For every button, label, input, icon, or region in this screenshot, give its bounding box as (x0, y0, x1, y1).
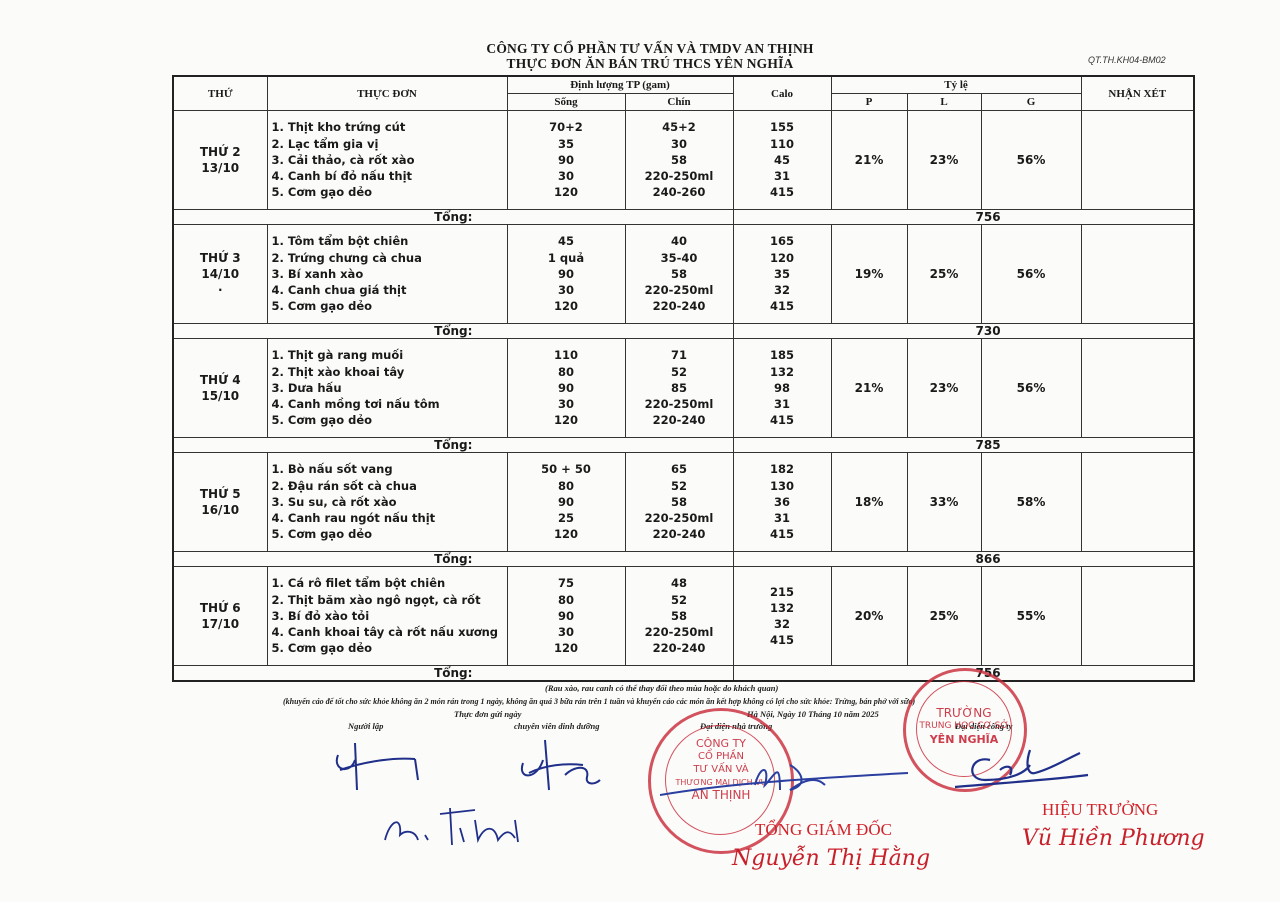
total-row: Tổng:866 (173, 552, 1194, 567)
cooked-cell: 485258220-250ml220-240 (625, 567, 733, 666)
header-calo: Calo (733, 76, 831, 111)
total-label: Tổng: (173, 438, 733, 453)
g-cell: 56% (981, 225, 1081, 324)
day-cell: THỨ 516/10 (173, 453, 267, 552)
raw-cell: 50 + 50809025120 (507, 453, 625, 552)
raw-cell: 110809030120 (507, 339, 625, 438)
header-quantity: Định lượng TP (gam) (507, 76, 733, 94)
comment-cell (1081, 339, 1194, 438)
header-cooked: Chín (625, 94, 733, 111)
header-day: THỨ (173, 76, 267, 111)
principal-title: HIỆU TRƯỞNG (1042, 800, 1158, 820)
dishes-cell: 1. Tôm tẩm bột chiên2. Trứng chưng cà ch… (267, 225, 507, 324)
calo-cell: 1551104531415 (733, 111, 831, 210)
g-cell: 56% (981, 111, 1081, 210)
nutritionist-label: chuyên viên dinh dưỡng (514, 721, 599, 731)
day-row: THỨ 516/101. Bò nấu sốt vang2. Đậu rán s… (173, 453, 1194, 552)
l-cell: 25% (907, 567, 981, 666)
total-value: 756 (733, 210, 1194, 225)
raw-cell: 75809030120 (507, 567, 625, 666)
note-health: (khuyến cáo để tốt cho sức khỏe không ăn… (283, 697, 915, 706)
cooked-cell: 655258220-250ml220-240 (625, 453, 733, 552)
p-cell: 21% (831, 339, 907, 438)
dishes-cell: 1. Cá rô filet tẩm bột chiên2. Thịt băm … (267, 567, 507, 666)
dishes-cell: 1. Thịt gà rang muối2. Thịt xào khoai tâ… (267, 339, 507, 438)
total-row: Tổng:756 (173, 666, 1194, 682)
p-cell: 18% (831, 453, 907, 552)
day-row: THỨ 213/101. Thịt kho trứng cút2. Lạc tẩ… (173, 111, 1194, 210)
director-name: Nguyễn Thị Hằng (732, 846, 930, 871)
company-name: CÔNG TY CỔ PHẦN TƯ VẤN VÀ TMDV AN THỊNH (400, 41, 900, 57)
total-row: Tổng:730 (173, 324, 1194, 339)
day-row: THỨ 314/10·1. Tôm tẩm bột chiên2. Trứng … (173, 225, 1194, 324)
preparer-signature-icon (330, 735, 430, 795)
p-cell: 20% (831, 567, 907, 666)
dishes-cell: 1. Bò nấu sốt vang2. Đậu rán sốt cà chua… (267, 453, 507, 552)
p-cell: 19% (831, 225, 907, 324)
header-comment: NHẬN XÉT (1081, 76, 1194, 111)
total-row: Tổng:785 (173, 438, 1194, 453)
calo-cell: 1821303631415 (733, 453, 831, 552)
sent-date-label: Thực đơn gửi ngày (454, 709, 521, 719)
cooked-cell: 715285220-250ml220-240 (625, 339, 733, 438)
raw-cell: 451 quả9030120 (507, 225, 625, 324)
g-cell: 58% (981, 453, 1081, 552)
calo-cell: 1851329831415 (733, 339, 831, 438)
director-signature-icon (660, 755, 910, 805)
cooked-cell: 4035-4058220-250ml220-240 (625, 225, 733, 324)
cooked-cell: 45+23058220-250ml240-260 (625, 111, 733, 210)
principal-name: Vũ Hiền Phương (1022, 826, 1205, 851)
l-cell: 23% (907, 111, 981, 210)
total-row: Tổng:756 (173, 210, 1194, 225)
principal-signature-icon (950, 745, 1090, 790)
header-raw: Sống (507, 94, 625, 111)
form-code: QT.TH.KH04-BM02 (1088, 55, 1166, 65)
l-cell: 23% (907, 339, 981, 438)
note-seasonal: (Rau xào, rau canh có thể thay đổi theo … (545, 683, 778, 693)
l-cell: 25% (907, 225, 981, 324)
comment-cell (1081, 111, 1194, 210)
comment-cell (1081, 225, 1194, 324)
menu-table: THỨ THỰC ĐƠN Định lượng TP (gam) Calo Tỷ… (172, 75, 1195, 682)
total-label: Tổng: (173, 324, 733, 339)
director-title: TỔNG GIÁM ĐỐC (755, 820, 892, 840)
calo-cell: 1651203532415 (733, 225, 831, 324)
total-label: Tổng: (173, 552, 733, 567)
document-title: THỰC ĐƠN ĂN BÁN TRÚ THCS YÊN NGHĨA (400, 56, 900, 72)
calo-cell: 21513232415 (733, 567, 831, 666)
total-value: 785 (733, 438, 1194, 453)
header-l: L (907, 94, 981, 111)
header-ratio: Tỷ lệ (831, 76, 1081, 94)
dishes-cell: 1. Thịt kho trứng cút2. Lạc tẩm gia vị3.… (267, 111, 507, 210)
school-stamp-lines: TRƯỜNG TRUNG HỌC CƠ SỞ YÊN NGHĨA (914, 707, 1014, 746)
preparer-label: Người lập (348, 721, 383, 731)
total-value: 730 (733, 324, 1194, 339)
header-g: G (981, 94, 1081, 111)
preparer-name-signature-icon (380, 800, 540, 850)
comment-cell (1081, 567, 1194, 666)
total-label: Tổng: (173, 666, 733, 682)
header-menu: THỰC ĐƠN (267, 76, 507, 111)
place-date: Hà Nội, Ngày 10 Tháng 10 năm 2025 (747, 709, 879, 719)
day-cell: THỨ 314/10· (173, 225, 267, 324)
day-cell: THỨ 213/10 (173, 111, 267, 210)
day-row: THỨ 415/101. Thịt gà rang muối2. Thịt xà… (173, 339, 1194, 438)
header-p: P (831, 94, 907, 111)
day-row: THỨ 617/101. Cá rô filet tẩm bột chiên2.… (173, 567, 1194, 666)
day-cell: THỨ 415/10 (173, 339, 267, 438)
day-cell: THỨ 617/10 (173, 567, 267, 666)
p-cell: 21% (831, 111, 907, 210)
raw-cell: 70+2359030120 (507, 111, 625, 210)
g-cell: 56% (981, 339, 1081, 438)
total-label: Tổng: (173, 210, 733, 225)
nutritionist-signature-icon (515, 735, 615, 795)
g-cell: 55% (981, 567, 1081, 666)
comment-cell (1081, 453, 1194, 552)
l-cell: 33% (907, 453, 981, 552)
total-value: 866 (733, 552, 1194, 567)
